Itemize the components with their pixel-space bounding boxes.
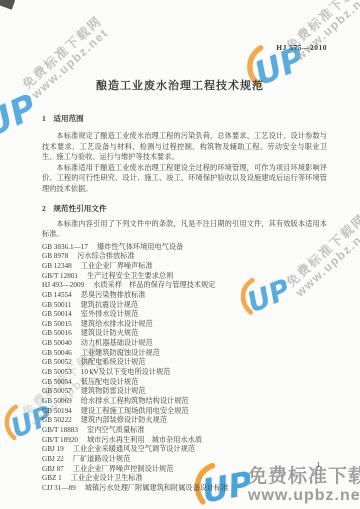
section-1-paragraph: 本标准适用于酿造工业废水治理工程建设全过程的环境管理，可作为项目环境影响评价、工…: [42, 163, 327, 195]
reference-code: GB 50015: [42, 320, 72, 330]
reference-code: CJJ 31—89: [42, 484, 76, 494]
reference-item: GB 50057建筑物防雷设计规范: [42, 387, 327, 397]
reference-title: 工业企业厂界噪声标准: [81, 262, 153, 270]
reference-code: GB 50222: [42, 416, 72, 426]
scan-artifact: [0, 0, 15, 10]
reference-code: GB 12348: [42, 262, 72, 272]
reference-title: 给水排水工程构筑物结构设计规范: [81, 397, 189, 405]
reference-title: 建筑物防雷设计规范: [81, 387, 146, 395]
reference-item: GBJ 19工业企业采暖通风及空气调节设计规范: [42, 445, 327, 455]
reference-code: GB 50046: [42, 349, 72, 359]
reference-title: 建设工程施工现场供用电安全规范: [81, 407, 189, 415]
reference-code: GB 50053: [42, 368, 72, 378]
reference-item: GB 14554恶臭污染物排放标准: [42, 291, 327, 301]
reference-item: GB 50069给水排水工程构筑物结构设计规范: [42, 397, 327, 407]
reference-title: 恶臭污染物排放标准: [81, 291, 146, 299]
logo-letters: UP: [0, 87, 39, 146]
reference-item: GB/T 12801生产过程安全卫生要求总则: [42, 272, 327, 282]
document-page: UP UP UP UP UP 免费标准下载网 www.upbz.net 免费标准…: [0, 0, 360, 509]
reference-code: GBJ 22: [42, 455, 64, 465]
reference-code: GB 50014: [42, 310, 72, 320]
reference-code: GB 14554: [42, 291, 72, 301]
reference-title: 污水综合排放标准: [77, 252, 135, 260]
document-body: 1 适用范围 本标准规定了酿造工业废水治理工程的污染负荷、总体要求、工艺设计、设…: [42, 114, 327, 494]
reference-item: GBJ 22厂矿道路设计规范: [42, 455, 327, 465]
reference-title: 建筑抗震设计规范: [80, 301, 138, 309]
reference-title: 工业企业厂界噪声控制设计规范: [73, 465, 174, 473]
reference-title: 爆炸性气体环境用电气设备: [97, 243, 183, 251]
reference-title: 供配电系统设计规范: [81, 358, 146, 366]
section-2-heading: 2 规范性引用文件: [42, 204, 327, 213]
reference-title: 建筑设计防火规范: [81, 329, 139, 337]
reference-title: 低压配电设计规范: [81, 378, 139, 386]
reference-code: GB 50194: [42, 407, 72, 417]
reference-code: GB/T 18883: [42, 426, 78, 436]
reference-item: GB 8978污水综合排放标准: [42, 252, 327, 262]
reference-title: 生产过程安全卫生要求总则: [87, 272, 173, 280]
reference-title: 室内空气质量标准: [87, 426, 145, 434]
reference-item: CJJ 31—89城镇污水处理厂附属建筑和附属设备设计标准: [42, 484, 327, 494]
section-1-heading: 1 适用范围: [42, 114, 327, 123]
watermark-site-url: www.upbz.net: [293, 0, 360, 63]
reference-code: GBZ 1: [42, 474, 62, 484]
reference-item: GB 50011建筑抗震设计规范: [42, 301, 327, 311]
reference-item: GB/T 18920城市污水再生利用 城市杂用水水质: [42, 436, 327, 446]
reference-item: GB 12348工业企业厂界噪声标准: [42, 262, 327, 272]
reference-title: 工业企业采暖通风及空气调节设计规范: [73, 445, 195, 453]
reference-item: GB 50040动力机器基础设计规范: [42, 339, 327, 349]
reference-code: GB 50052: [42, 358, 72, 368]
reference-code: GB/T 18920: [42, 436, 78, 446]
reference-item: GB 50194建设工程施工现场供用电安全规范: [42, 407, 327, 417]
reference-item: GB 50052供配电系统设计规范: [42, 358, 327, 368]
reference-title: 水质采样 样品的保存与管理技术规定: [93, 281, 215, 289]
reference-code: GBJ 87: [42, 465, 64, 475]
page-number: 1: [317, 461, 321, 469]
reference-code: GB/T 12801: [42, 272, 78, 282]
section-1-paragraph: 本标准规定了酿造工业废水治理工程的污染负荷、总体要求、工艺设计、设计参数与技术要…: [42, 131, 327, 163]
reference-item: GB/T 18883室内空气质量标准: [42, 426, 327, 436]
reference-code: HJ 493—2009: [42, 281, 84, 291]
reference-title: 建筑内部装修设计防火规范: [81, 416, 167, 424]
reference-title: 厂矿道路设计规范: [73, 455, 131, 463]
reference-item: GBZ 1工业企业设计卫生标准: [42, 474, 327, 484]
reference-code: GB 50016: [42, 329, 72, 339]
reference-title: 动力机器基础设计规范: [81, 339, 153, 347]
page-title: 酿造工业废水治理工程技术规范: [0, 77, 360, 93]
reference-title: 室外排水设计规范: [81, 310, 139, 318]
reference-item: GB 50014室外排水设计规范: [42, 310, 327, 320]
reference-title: 10 kV及以下变电所设计规范: [81, 368, 171, 376]
reference-code: GB 50069: [42, 397, 72, 407]
reference-code: GB 50040: [42, 339, 72, 349]
section-2-intro: 本标准内容引用了下列文件中的条款，凡是不注日期的引用文件，其有效版本适用本标准。: [42, 219, 327, 239]
reference-title: 城市污水再生利用 城市杂用水水质: [87, 436, 202, 444]
reference-item: GBJ 87工业企业厂界噪声控制设计规范: [42, 465, 327, 475]
reference-title: 工业建筑防腐蚀设计规范: [81, 349, 160, 357]
reference-item: GB 50222建筑内部装修设计防火规范: [42, 416, 327, 426]
reference-item: GB 50016建筑设计防火规范: [42, 329, 327, 339]
reference-item: GB 5005310 kV及以下变电所设计规范: [42, 368, 327, 378]
reference-list: GB 3836.1—17爆炸性气体环境用电气设备 GB 8978污水综合排放标准…: [42, 243, 327, 494]
reference-code: GB 8978: [42, 252, 68, 262]
reference-item: GB 50046工业建筑防腐蚀设计规范: [42, 349, 327, 359]
standard-number: HJ 575—2010: [276, 43, 327, 52]
reference-title: 建筑给水排水设计规范: [81, 320, 153, 328]
reference-item: GB 50054低压配电设计规范: [42, 378, 327, 388]
reference-title: 城镇污水处理厂附属建筑和附属设备设计标准: [85, 484, 229, 492]
watermark-top-right: 免费标准下载网 www.upbz.net: [284, 0, 360, 63]
reference-code: GB 50011: [42, 301, 71, 311]
reference-item: HJ 493—2009水质采样 样品的保存与管理技术规定: [42, 281, 327, 291]
reference-title: 工业企业设计卫生标准: [71, 474, 143, 482]
reference-code: GB 50057: [42, 387, 72, 397]
reference-item: GB 3836.1—17爆炸性气体环境用电气设备: [42, 243, 327, 253]
reference-code: GB 50054: [42, 378, 72, 388]
reference-code: GBJ 19: [42, 445, 64, 455]
reference-code: GB 3836.1—17: [42, 243, 88, 253]
